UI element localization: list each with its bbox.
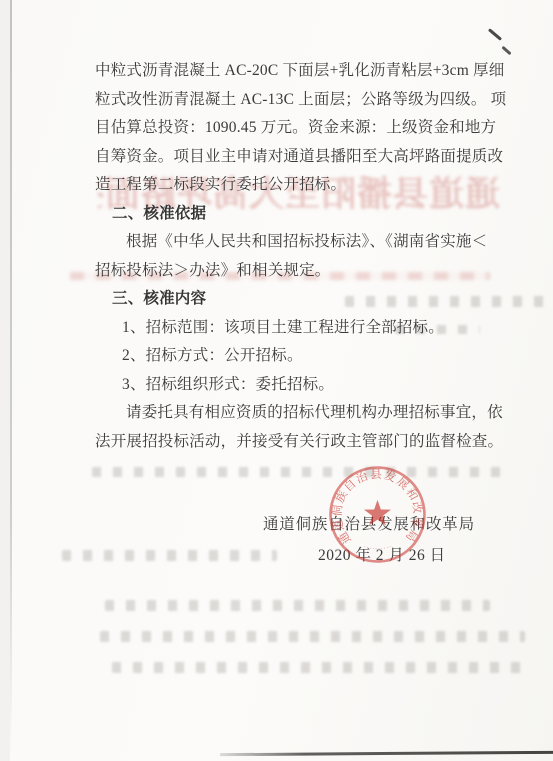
list-item: 2、招标方式：公开招标。 <box>95 342 505 371</box>
seal-star-icon <box>364 500 391 526</box>
body-line: 招标投标法＞办法》和相关规定。 <box>95 257 505 286</box>
section-heading: 二、核准依据 <box>95 200 505 229</box>
bleedthrough-row <box>105 600 490 611</box>
body-line: 法开展招投标活动，并接受有关行政主管部门的监督检查。 <box>95 428 505 457</box>
body-line: 粒式改性沥青混凝土 AC-13C 上面层；公路等级为四级。 项 <box>95 86 505 115</box>
bleedthrough-row <box>100 631 525 642</box>
section-heading: 三、核准内容 <box>95 285 505 314</box>
official-seal-graphic: 通道侗族自治县发展和改革局 ············· <box>327 464 428 565</box>
paper-edge-bottom <box>220 751 553 756</box>
pen-mark <box>488 28 502 41</box>
paper-edge-left-strip <box>0 0 10 761</box>
list-item: 3、招标组织形式：委托招标。 <box>95 371 505 400</box>
body-line: 根据《中华人民共和国招标投标法》、《湖南省实施＜ <box>95 228 505 257</box>
paper-edge-left <box>10 0 12 750</box>
document-body: 中粒式沥青混凝土 AC-20C 下面层+乳化沥青粘层+3cm 厚细 粒式改性沥青… <box>95 57 505 456</box>
bleedthrough-row <box>62 550 277 561</box>
body-line: 造工程第二标段实行委托公开招标。 <box>95 171 505 200</box>
body-line: 目估算总投资：1090.45 万元。资金来源：上级资金和地方 <box>95 114 505 143</box>
body-line: 自筹资金。项目业主申请对通道县播阳至大高坪路面提质改 <box>95 143 505 172</box>
bleedthrough-row <box>112 662 524 673</box>
list-item: 1、招标范围：该项目土建工程进行全部招标。 <box>95 314 505 343</box>
pen-mark <box>501 46 511 56</box>
bleedthrough-row <box>92 467 507 477</box>
body-line: 中粒式沥青混凝土 AC-20C 下面层+乳化沥青粘层+3cm 厚细 <box>95 57 505 86</box>
official-seal: 通道侗族自治县发展和改革局 ············· <box>327 464 428 565</box>
document-page: 通道县播阳至大高坪路面提质改造工程 中粒式沥青混凝土 AC-20C 下面层+乳化… <box>0 0 553 761</box>
body-line: 请委托具有相应资质的招标代理机构办理招标事宜，依 <box>95 399 505 428</box>
